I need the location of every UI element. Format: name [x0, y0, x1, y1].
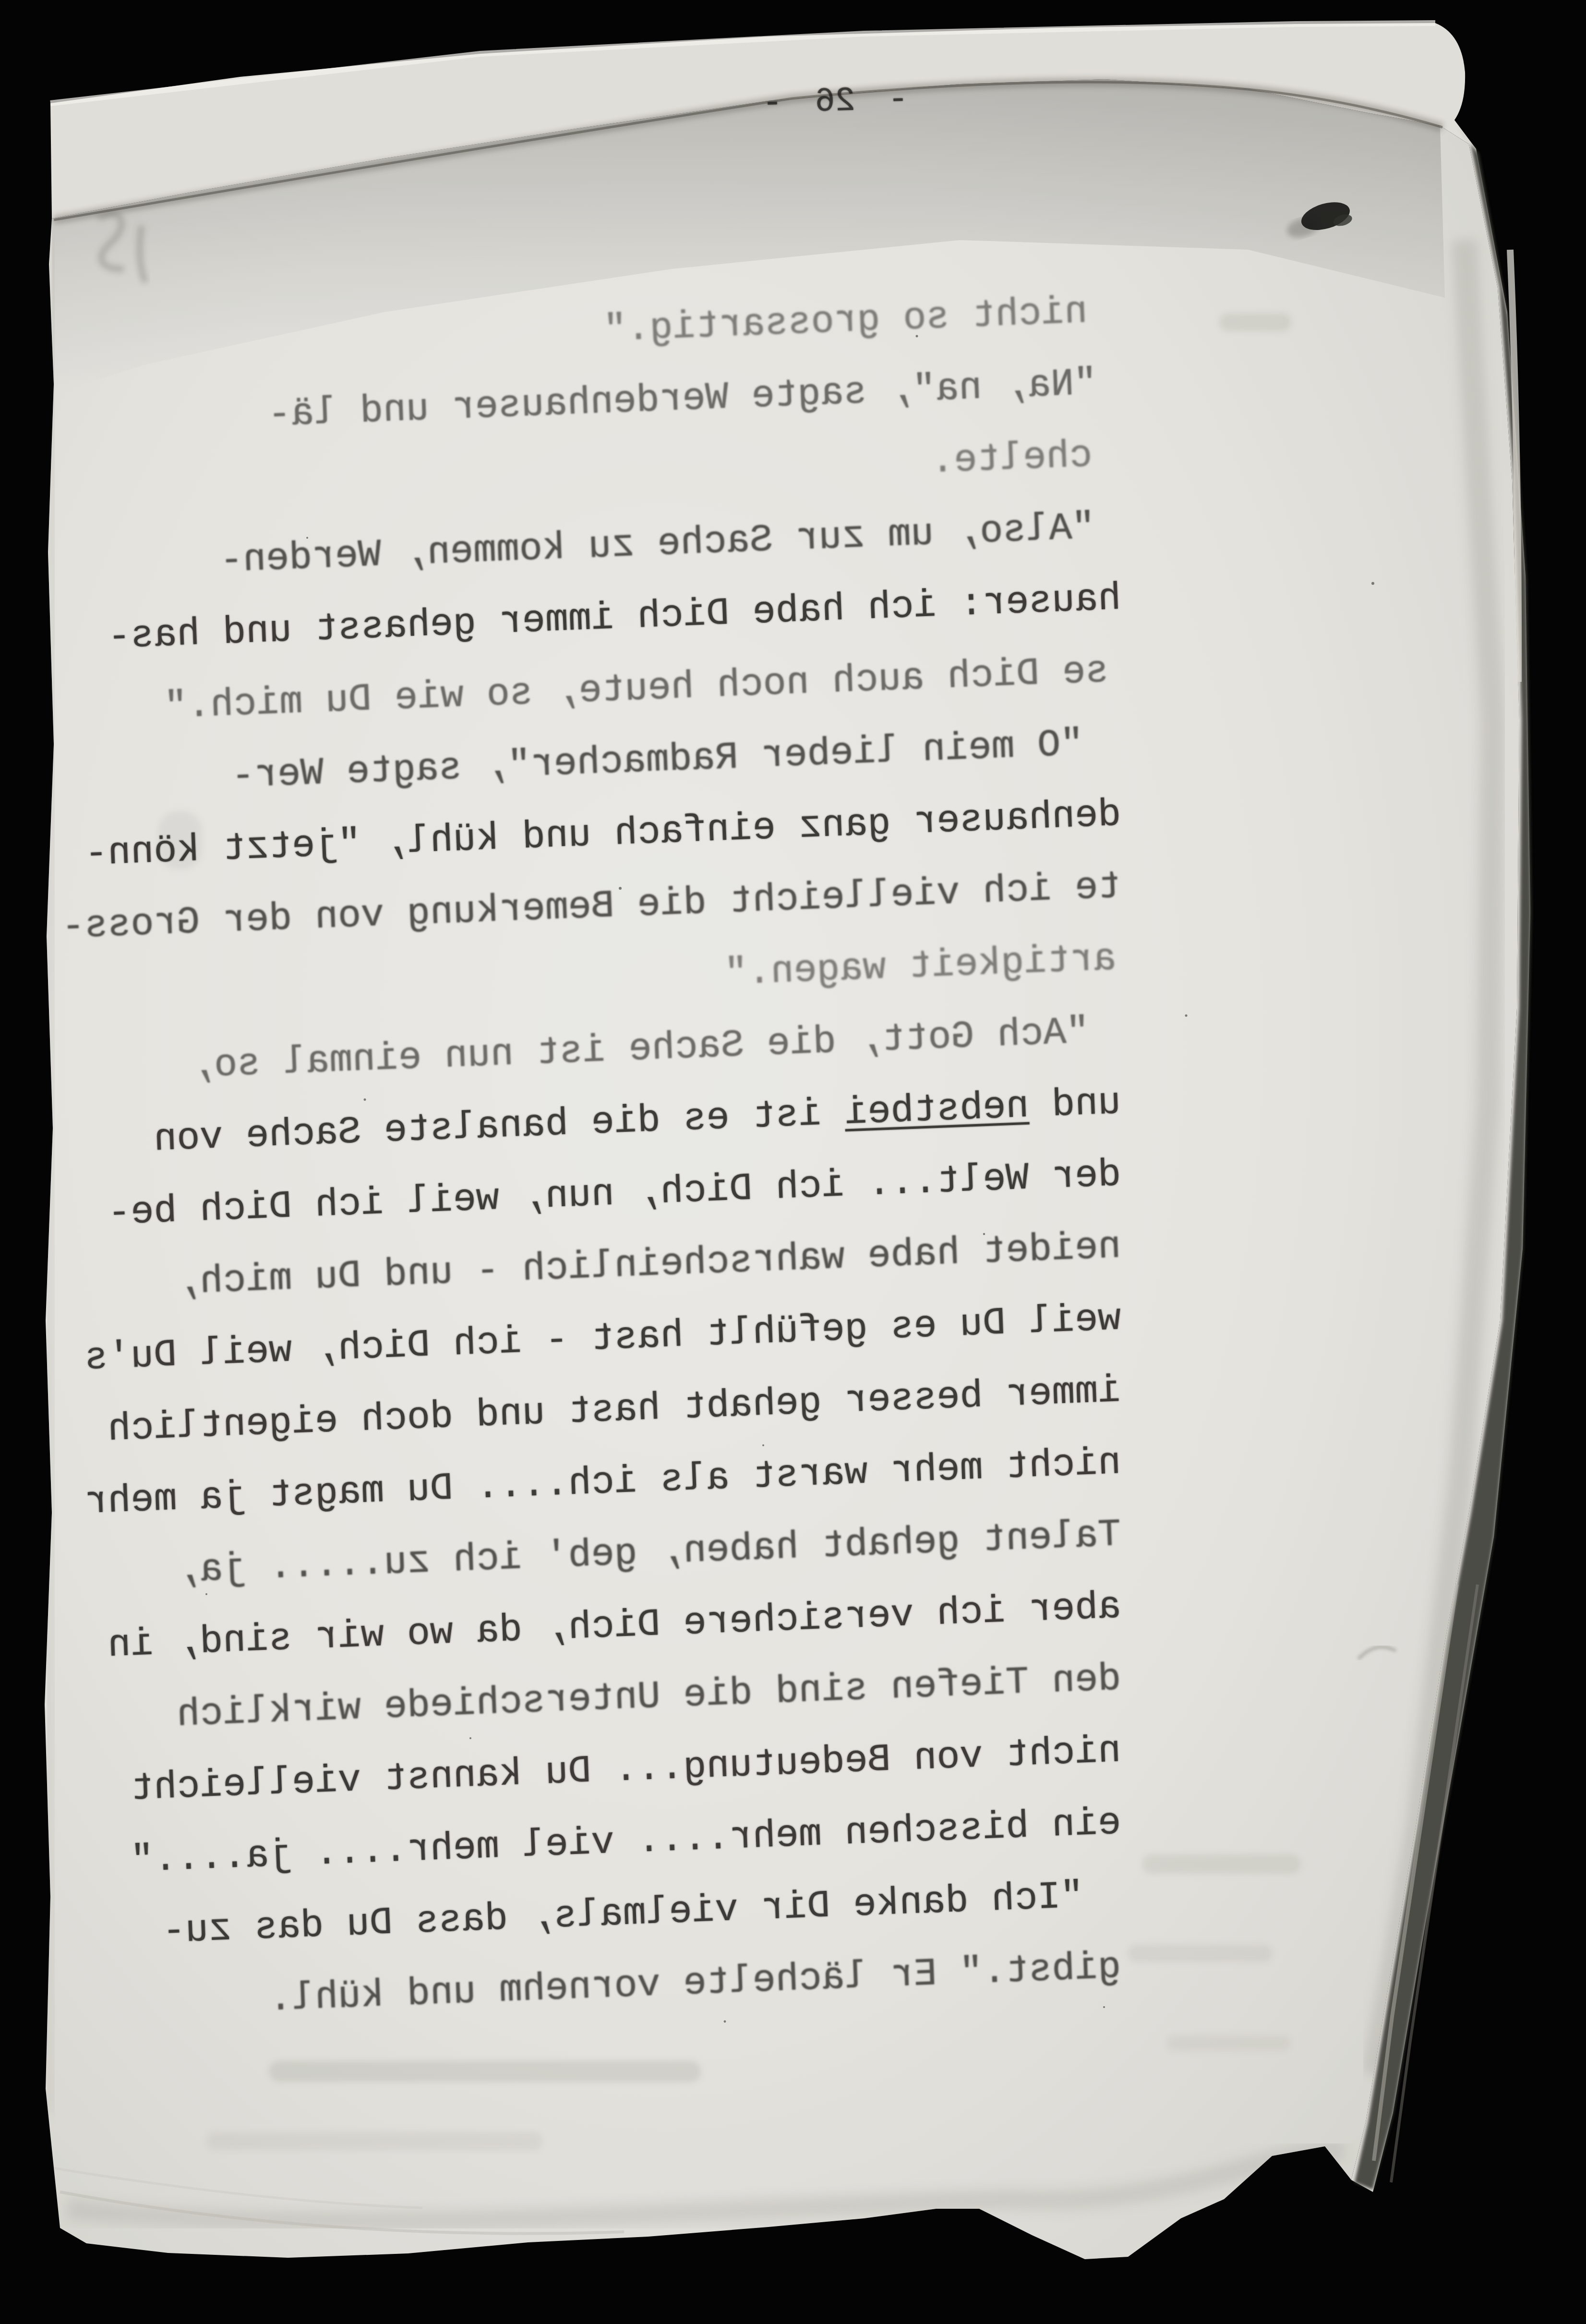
scanned-document: - 26 - nicht so grossartig." "Na, na", s… — [0, 0, 1586, 2324]
typed-line-20: den Tiefen sind die Unterschiede wirklic… — [48, 1660, 1128, 1740]
typed-line-15: weil Du es gefühlt hast - ich Dich, weil… — [48, 1300, 1128, 1380]
typed-line-10: artigkeit wagen." — [48, 940, 1128, 1019]
typed-line-17: nicht mehr warst als ich.... Du magst ja… — [48, 1444, 1128, 1524]
typed-line-18: Talent gehabt haben, geb' ich zu..... ja… — [48, 1516, 1128, 1596]
typed-line-9: te ich vielleicht die Bemerkung von der … — [48, 868, 1128, 947]
underlined-word: nebstbei — [844, 1085, 1030, 1136]
typed-line-8: denhauser ganz einfach und kühl, "jetzt … — [48, 796, 1128, 875]
typed-line-24: gibst." Er lächelte vornehm und kühl. — [48, 1948, 1128, 2028]
typed-line-19: aber ich versichere Dich, da wo wir sind… — [48, 1588, 1128, 1668]
typed-text-block: nicht so grossartig." "Na, na", sagte We… — [48, 0, 1128, 2324]
typed-line-12: und nebstbei ist es die banalste Sache v… — [48, 1084, 1128, 1163]
typed-line-23: "Ich danke Dir vielmals, dass Du das zu- — [48, 1876, 1128, 1956]
typed-line-2: "Na, na", sagte Werdenhauser und lä- — [48, 363, 1128, 443]
typed-line-4: "Also, um zur Sache zu kommen, Werden- — [48, 508, 1128, 587]
mirror-wrapper: nicht so grossartig." "Na, na", sagte We… — [48, 0, 1128, 2324]
typed-line-5: hauser: ich habe Dich immer gehasst und … — [48, 580, 1128, 659]
typed-line-1: nicht so grossartig." — [48, 291, 1128, 371]
typed-line-16: immer besser gehabt hast und doch eigent… — [48, 1372, 1128, 1452]
typed-line-11: "Ach Gott, die Sache ist nun einmal so, — [48, 1012, 1128, 1091]
typed-line-22: ein bisschen mehr.... viel mehr.... ja..… — [48, 1804, 1128, 1884]
typed-line-6: se Dich auch noch heute, so wie Du mich.… — [48, 652, 1128, 731]
typed-line-14: neidet habe wahrscheinlich - und Du mich… — [48, 1228, 1128, 1307]
typed-line-13: der Welt... ich Dich, nun, weil ich Dich… — [48, 1156, 1128, 1235]
typed-line-3: chelte. — [48, 436, 1128, 515]
typed-line-12-pre: und — [1028, 1081, 1122, 1128]
typed-line-7: "O mein lieber Radmacher", sagte Wer- — [48, 724, 1128, 803]
typed-line-12-post: ist es die banalste Sache von — [153, 1092, 846, 1162]
typed-line-21: nicht von Bedeutung... Du kannst viellei… — [48, 1732, 1128, 1812]
